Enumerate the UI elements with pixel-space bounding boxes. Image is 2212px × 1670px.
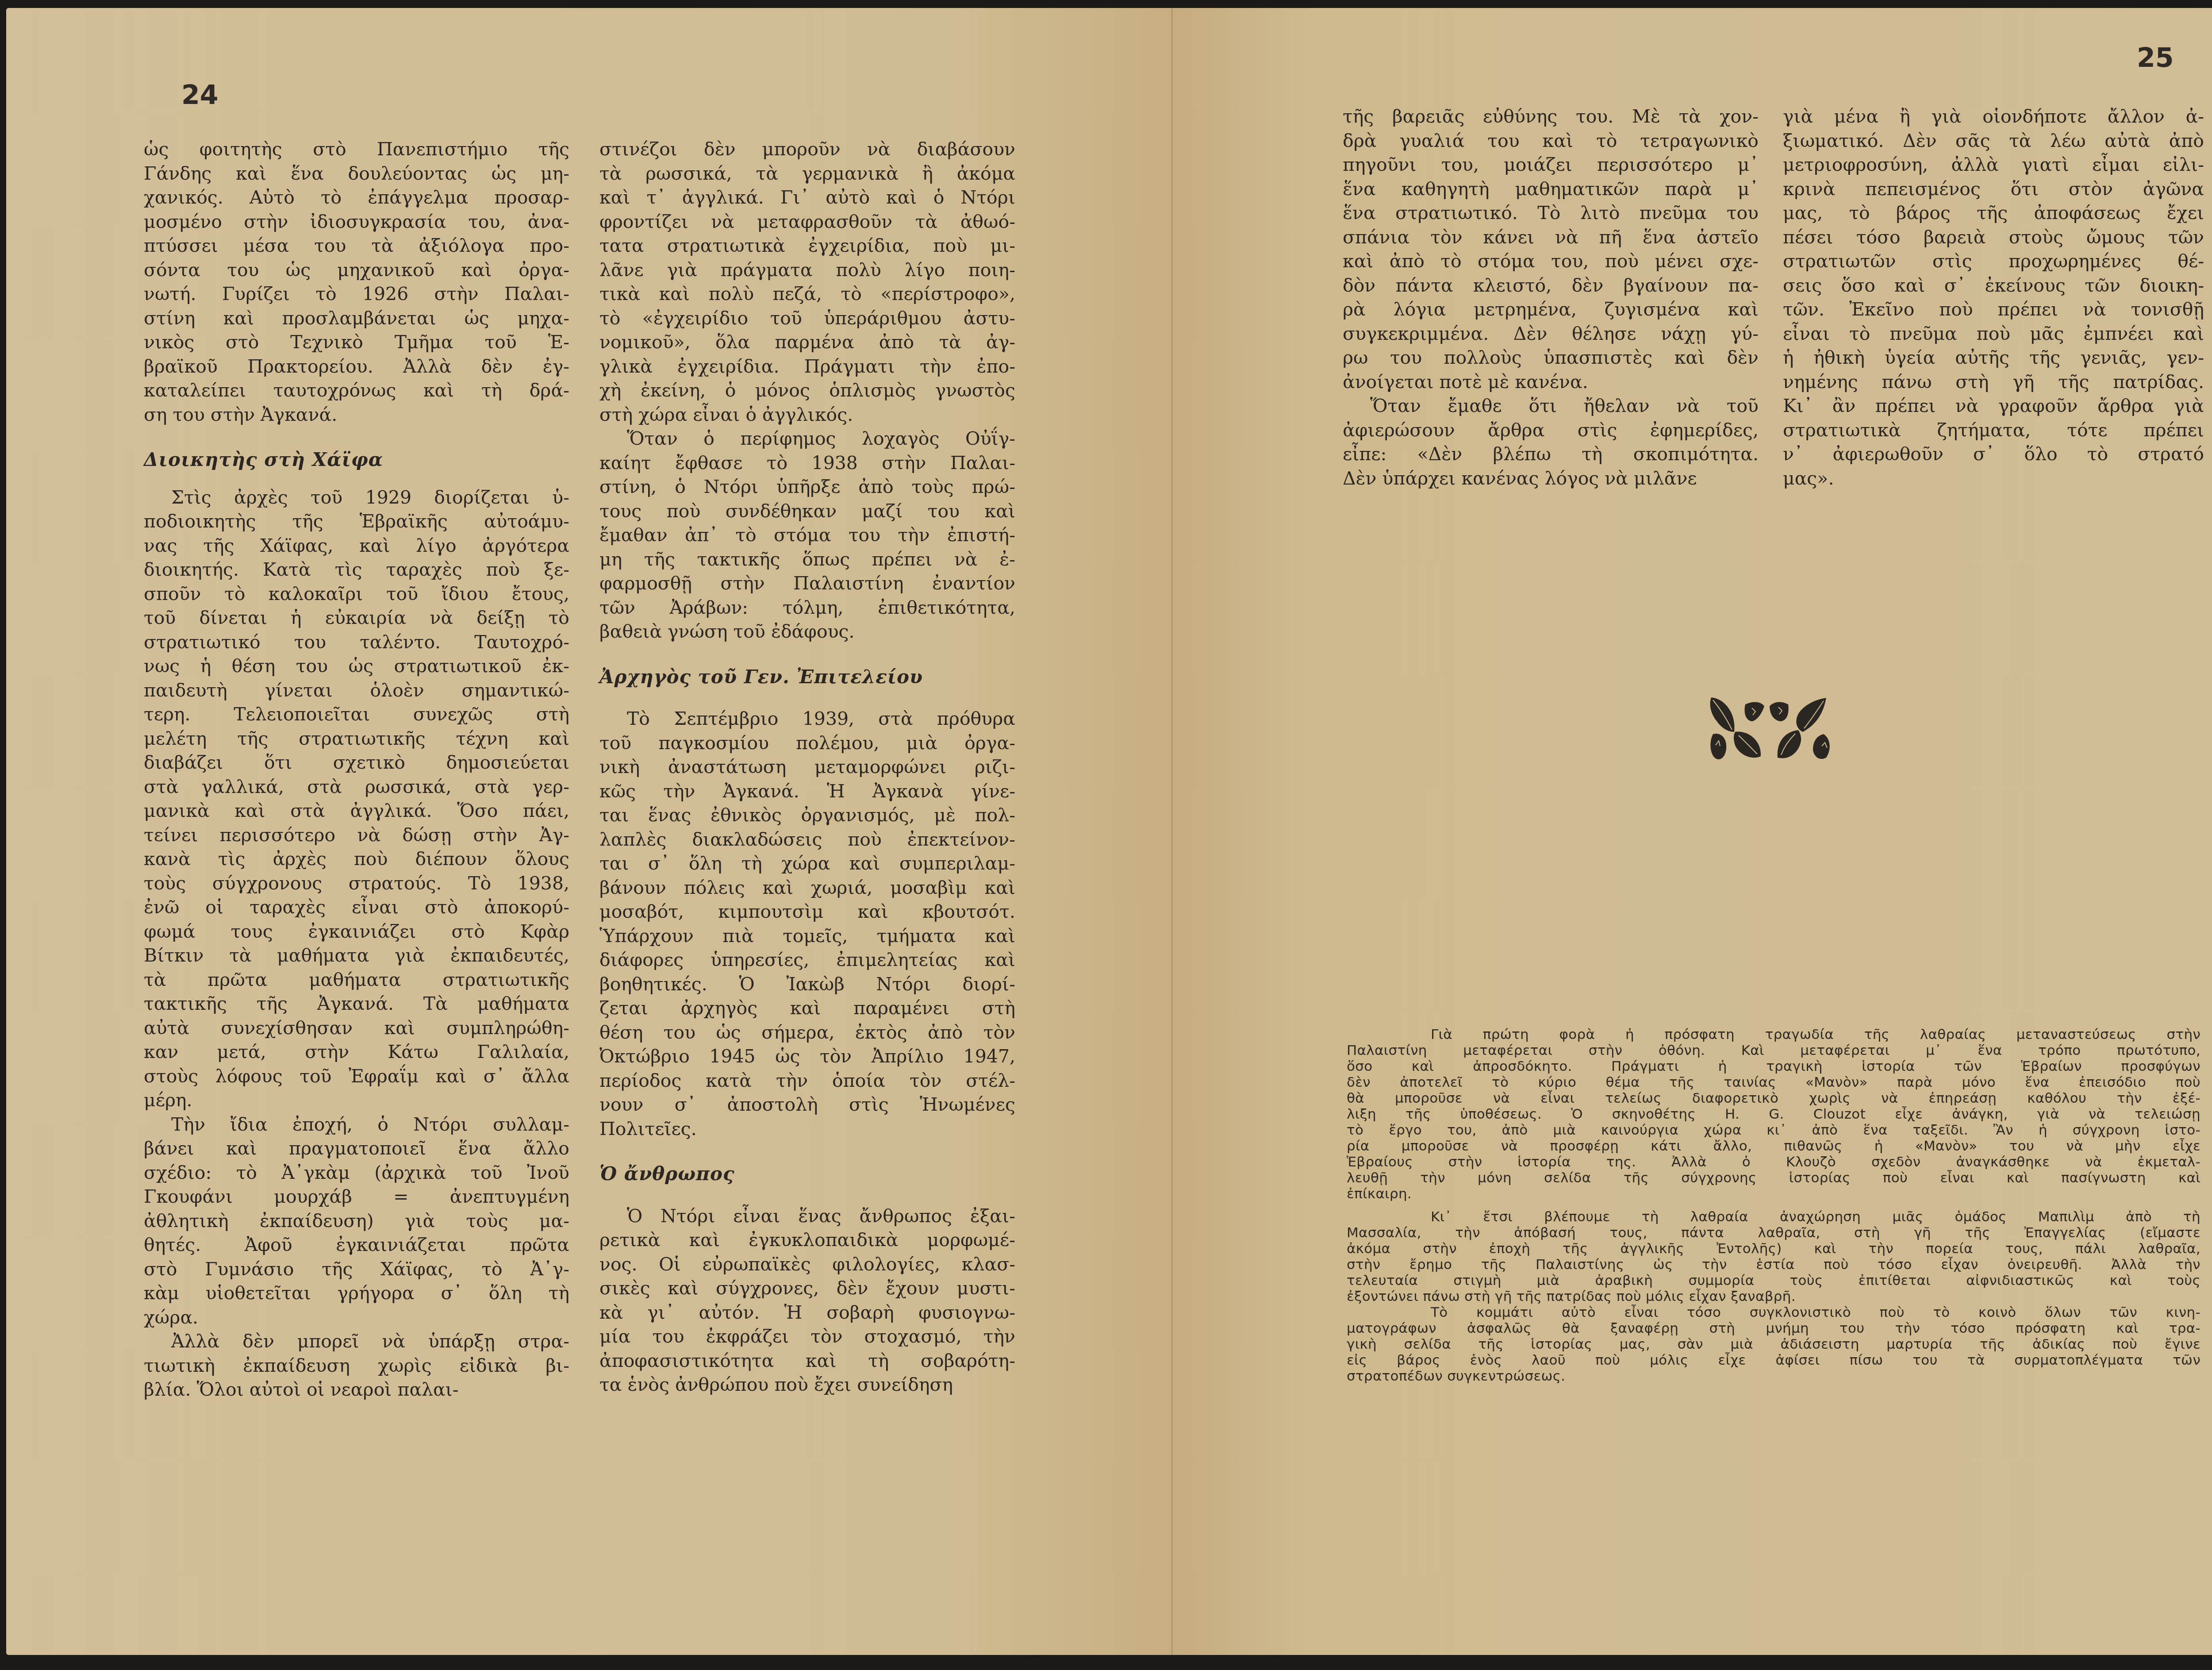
text-line: βοηθητικές. Ὁ Ἰακὼβ Ντόρι διορί- <box>599 972 1015 997</box>
text-line: διάφορες ὑπηρεσίες, ἐπιμελητείας καὶ <box>599 948 1015 972</box>
paragraph: Στὶς ἀρχὲς τοῦ 1929 διορίζεται ὑ-ποδιοικ… <box>144 485 569 1112</box>
text-line: τιωτικὴ ἐκπαίδευση χωρὶς εἰδικὰ βι- <box>144 1354 569 1378</box>
text-line: ρία μποροῦσε νὰ προσφέρῃ κάτι ἄλλο, πιθα… <box>1347 1138 2200 1154</box>
text-line: Μασσαλία, τὴν ἀπόβασή τους, πάντα λαθραῖ… <box>1347 1225 2200 1241</box>
text-line: κὰμ υἱοθετεῖται γρήγορα σ᾽ ὅλη τὴ <box>144 1281 569 1305</box>
text-line: ἕνα στρατιωτικό. Τὸ λιτὸ πνεῦμα του <box>1343 201 1759 225</box>
text-line: Πολιτεῖες. <box>599 1117 1015 1141</box>
section-heading: Ὁ ἄνθρωπος <box>599 1162 1015 1186</box>
text-line: κὰ γι᾽ αὐτόν. Ἡ σοβαρὴ φυσιογνω- <box>599 1301 1015 1325</box>
text-line: τὰ ρωσσικά, τὰ γερμανικὰ ἢ ἀκόμα <box>599 162 1015 186</box>
paragraph: Τὸ Σεπτέμβριο 1939, στὰ πρόθυρατοῦ παγκο… <box>599 707 1015 1141</box>
text-line: νος. Οἱ εὐρωπαϊκὲς φιλολογίες, κλασ- <box>599 1252 1015 1277</box>
text-line: κῶς τὴν Ἀγκανά. Ἡ Ἀγκανὰ γίνε- <box>599 779 1015 804</box>
text-line: κανὰ τὶς ἀρχὲς ποὺ διέπουν ὅλους <box>144 847 569 871</box>
text-line: ἕνα καθηγητὴ μαθηματικῶν παρὰ μ᾽ <box>1343 177 1759 201</box>
text-line: φροντίζει νὰ μεταφρασθοῦν τὰ ἀθωό- <box>599 210 1015 234</box>
text-line: καταλείπει ταυτοχρόνως καὶ τὴ δρά- <box>144 378 569 403</box>
text-line: σχέδιο: τὸ Ἀ᾽γκὰμ (ἀρχικὰ τοῦ Ἰνοῦ <box>144 1161 569 1185</box>
text-line: τακτικῆς τῆς Ἀγκανά. Τὰ μαθήματα <box>144 992 569 1016</box>
text-line: θέση του ὡς σήμερα, ἐκτὸς ἀπὸ τὸν <box>599 1020 1015 1045</box>
text-line: δὸν πάντα κλειστό, δὲν βγαίνουν πα- <box>1343 273 1759 298</box>
text-line: στρατιωτῶν στὶς προχωρημένες θέ- <box>1783 249 2204 273</box>
text-line: μοσαβότ, κιμπουτσὶμ καὶ κβουτσότ. <box>599 900 1015 924</box>
text-line: καὶ τ᾽ ἀγγλικά. Γι᾽ αὐτὸ καὶ ὁ Ντόρι <box>599 185 1015 210</box>
right-page-column-2: γιὰ μένα ἢ γιὰ οἱονδήποτε ἄλλον ἀ-ξιωματ… <box>1783 104 2204 490</box>
text-line: σεις ὅσο καὶ σ᾽ ἐκείνους τῶν διοικη- <box>1783 273 2204 298</box>
text-line: ἐνῶ οἱ ταραχὲς εἶναι στὸ ἀποκορύ- <box>144 895 569 920</box>
text-line: ἔμαθαν ἀπ᾽ τὸ στόμα του τὴν ἐπιστή- <box>599 523 1015 547</box>
text-line: Ἀλλὰ δὲν μπορεῖ νὰ ὑπάρξῃ στρα- <box>144 1329 569 1354</box>
book-spread: 24 ὡς φοιτητὴς στὸ Πανεπιστήμιο τῆςΓάνδη… <box>6 8 2212 1655</box>
text-line: βάνει καὶ πραγματοποιεῖ ἕνα ἄλλο <box>144 1136 569 1161</box>
text-line: λαπλὲς διακλαδώσεις ποὺ ἐπεκτείνον- <box>599 827 1015 852</box>
text-line: βάνουν πόλεις καὶ χωριά, μοσαβὶμ καὶ <box>599 876 1015 900</box>
leaf-ornament-icon <box>1708 696 1840 765</box>
text-line: ἀθλητικὴ ἐκπαίδευση) γιὰ τοὺς μα- <box>144 1209 569 1233</box>
text-line: νας τῆς Χάϊφας, καὶ λίγο ἀργότερα <box>144 534 569 558</box>
text-line: τελευταία στιγμὴ μιὰ ἀραβικὴ συμμορία το… <box>1347 1273 2200 1289</box>
text-line: ὅσο καὶ ἀπροσδόκητο. Πράγματι ἡ τραγικὴ … <box>1347 1058 2200 1074</box>
text-line: Τὴν ἴδια ἐποχή, ὁ Ντόρι συλλαμ- <box>144 1112 569 1137</box>
text-line: μοσμένο στὴν ἰδιοσυγκρασία του, ἀνα- <box>144 210 569 234</box>
text-line: Ἑβραίους στὴν ἱστορία της. Ἀλλὰ ὁ Κλουζὸ… <box>1347 1154 2200 1170</box>
text-line: παιδευτὴ γίνεται ὁλοὲν σημαντικώ- <box>144 678 569 703</box>
text-line: νως ἡ θέση του ὡς στρατιωτικοῦ ἐκ- <box>144 654 569 678</box>
text-line: γιὰ μένα ἢ γιὰ οἱονδήποτε ἄλλον ἀ- <box>1783 104 2204 129</box>
text-line: Ὀκτώβριο 1945 ὡς τὸν Ἀπρίλιο 1947, <box>599 1044 1015 1069</box>
text-line: νημένης πάνω στὴ γῆ τῆς πατρίδας. <box>1783 370 2204 394</box>
text-line: σόντα του ὡς μηχανικοῦ καὶ ὀργα- <box>144 258 569 282</box>
text-line: τατα στρατιωτικὰ ἐγχειρίδια, ποὺ μι- <box>599 234 1015 258</box>
text-line: ἀκόμα στὴν ἐποχὴ τῆς ἀγγλικῆς Ἐντολῆς) κ… <box>1347 1241 2200 1257</box>
text-line: ματογράφων ἀσφαλῶς θὰ ξαναφέρῃ στὴ μνήμη… <box>1347 1320 2200 1336</box>
paragraph: Τὴν ἴδια ἐποχή, ὁ Ντόρι συλλαμ-βάνει καὶ… <box>144 1112 569 1330</box>
text-line: θὰ μποροῦσε νὰ εἶναι τελείως διαφορετικὸ… <box>1347 1090 2200 1106</box>
text-line: βλία. Ὅλοι αὐτοὶ οἱ νεαροὶ παλαι- <box>144 1378 569 1402</box>
text-line: Ὑπάρχουν πιὰ τομεῖς, τμήματα καὶ <box>599 924 1015 948</box>
text-line: ται ἕνας ἐθνικὸς ὀργανισμός, μὲ πολ- <box>599 803 1015 827</box>
left-page-column-1: ὡς φοιτητὴς στὸ Πανεπιστήμιο τῆςΓάνδης κ… <box>144 137 569 1402</box>
text-line: πτύσσει μέσα του τὰ ἀξιόλογα προ- <box>144 234 569 258</box>
paragraph: Ὅταν ὁ περίφημος λοχαγὸς Οὐΐγ-καίητ ἔφθα… <box>599 427 1015 644</box>
left-page: 24 ὡς φοιτητὴς στὸ Πανεπιστήμιο τῆςΓάνδη… <box>6 8 1172 1655</box>
text-line: ἀφιερώσουν ἄρθρα στὶς ἐφημερίδες, <box>1343 418 1759 443</box>
text-line: δρὰ γυαλιά του καὶ τὸ τετραγωνικὸ <box>1343 129 1759 153</box>
text-line: τοῦ δίνεται ἡ εὐκαιρία νὰ δείξῃ τὸ <box>144 606 569 630</box>
text-line: διαβάζει ὅτι σχετικὸ δημοσιεύεται <box>144 750 569 775</box>
text-line: στίνη καὶ προσλαμβάνεται ὡς μηχα- <box>144 306 569 331</box>
paragraph: Ἀλλὰ δὲν μπορεῖ νὰ ὑπάρξῃ στρα-τιωτικὴ ἐ… <box>144 1329 569 1402</box>
text-line: τοὺς σύγχρονους στρατούς. Τὸ 1938, <box>144 871 569 896</box>
text-line: ται σ᾽ ὅλη τὴ χώρα καὶ συμπεριλαμ- <box>599 851 1015 876</box>
text-line: νικὴ ἀναστάτωση μεταμορφώνει ριζι- <box>599 755 1015 779</box>
text-line: μας, τὸ βάρος τῆς ἀποφάσεως ἔχει <box>1783 201 2204 225</box>
text-line: τὸ ἔργο του, ἀπὸ μιὰ καινούργια χώρα κι᾽… <box>1347 1122 2200 1138</box>
text-line: σποῦν τὸ καλοκαῖρι τοῦ ἴδιου ἔτους, <box>144 582 569 606</box>
text-line: στινέζοι δὲν μποροῦν νὰ διαβάσουν <box>599 137 1015 162</box>
text-line: τῆς βαρειᾶς εὐθύνης του. Μὲ τὰ χον- <box>1343 104 1759 129</box>
text-line: φωμά τους ἐγκαινιάζει στὸ Κφὰρ <box>144 920 569 944</box>
text-line: στὰ γαλλικά, στὰ ρωσσικά, στὰ γερ- <box>144 775 569 799</box>
text-line: γικὴ σελίδα τῆς ἱστορίας μας, σὰν μιὰ ἀδ… <box>1347 1336 2200 1352</box>
text-line: θητές. Ἀφοῦ ἐγκαινιάζεται πρῶτα <box>144 1233 569 1257</box>
text-line: Κι᾽ ἔτσι βλέπουμε τὴ λαθραία ἀναχώρηση μ… <box>1347 1209 2200 1225</box>
text-line: νικὸς στὸ Τεχνικὸ Τμῆμα τοῦ Ἑ- <box>144 330 569 354</box>
film-caption: Γιὰ πρώτη φορὰ ἡ πρόσφατη τραγωδία τῆς λ… <box>1347 1027 2200 1384</box>
paragraph: γιὰ μένα ἢ γιὰ οἱονδήποτε ἄλλον ἀ-ξιωματ… <box>1783 104 2204 490</box>
text-line: στρατοπέδων συγκεντρώσεως. <box>1347 1368 2200 1384</box>
paragraph: ὡς φοιτητὴς στὸ Πανεπιστήμιο τῆςΓάνδης κ… <box>144 137 569 427</box>
text-line: στοὺς λόφους τοῦ Ἐφραΐμ καὶ σ᾽ ἄλλα <box>144 1064 569 1089</box>
text-line: ρω του πολλοὺς ὑπασπιστὲς καὶ δὲν <box>1343 346 1759 370</box>
text-line: εἶπε: «Δὲν βλέπω τὴ σκοπιμότητα. <box>1343 442 1759 466</box>
paragraph: Ὅταν ἔμαθε ὅτι ἤθελαν νὰ τοῦἀφιερώσουν ἄ… <box>1343 394 1759 490</box>
text-line: δὲν ἀποτελεῖ τὸ κύριο θέμα τῆς ταινίας «… <box>1347 1074 2200 1090</box>
text-line: βραϊκοῦ Πρακτορείου. Ἀλλὰ δὲν ἐγ- <box>144 354 569 379</box>
text-line: χὴ ἐκείνη, ὁ μόνος ὁπλισμὸς γνωστὸς <box>599 378 1015 403</box>
text-line: αὐτὰ συνεχίσθησαν καὶ συμπληρώθη- <box>144 1016 569 1040</box>
text-line: καίητ ἔφθασε τὸ 1938 στὴν Παλαι- <box>599 451 1015 475</box>
text-line: ρὰ λόγια μετρημένα, ζυγισμένα καὶ <box>1343 297 1759 322</box>
text-line: πέσει τόσο βαρειὰ στοὺς ὤμους τῶν <box>1783 225 2204 250</box>
text-line: ὡς φοιτητὴς στὸ Πανεπιστήμιο τῆς <box>144 137 569 162</box>
caption-paragraph: Γιὰ πρώτη φορὰ ἡ πρόσφατη τραγωδία τῆς λ… <box>1347 1027 2200 1202</box>
text-line: ἡ ἠθικὴ ὑγεία αὐτῆς τῆς γενιᾶς, γεν- <box>1783 346 2204 370</box>
text-line: Ὁ Ντόρι εἶναι ἕνας ἄνθρωπος ἐξαι- <box>599 1204 1015 1228</box>
text-line: νουν σ᾽ ἀποστολὴ στὶς Ἡνωμένες <box>599 1093 1015 1117</box>
text-line: Γιὰ πρώτη φορὰ ἡ πρόσφατη τραγωδία τῆς λ… <box>1347 1027 2200 1043</box>
text-line: ρετικὰ καὶ ἐγκυκλοπαιδικὰ μορφωμέ- <box>599 1228 1015 1252</box>
text-line: Γάνδης καὶ ἕνα δουλεύοντας ὡς μη- <box>144 162 569 186</box>
text-line: μας». <box>1783 466 2204 491</box>
text-line: Παλαιστίνη μεταφέρεται στὴν ὀθόνη. Καὶ μ… <box>1347 1043 2200 1058</box>
text-line: στὴν ἔρημο τῆς Παλαιστίνης ὡς τὴν ἑστία … <box>1347 1257 2200 1273</box>
text-line: στίνη, ὁ Ντόρι ὑπῆρξε ἀπὸ τοὺς πρώ- <box>599 475 1015 499</box>
text-line: λιξη τῆς ὑποθέσεως. Ὁ σκηνοθέτης H. G. C… <box>1347 1106 2200 1122</box>
text-line: Στὶς ἀρχὲς τοῦ 1929 διορίζεται ὑ- <box>144 485 569 510</box>
paragraph: Ὁ Ντόρι εἶναι ἕνας ἄνθρωπος ἐξαι-ρετικὰ … <box>599 1204 1015 1397</box>
right-page: 25 τῆς βαρειᾶς εὐθύνης του. Μὲ τὰ χον-δρ… <box>1172 8 2212 1655</box>
text-line: Ὅταν ὁ περίφημος λοχαγὸς Οὐΐγ- <box>599 427 1015 451</box>
text-line: περίοδος κατὰ τὴν ὁποία τὸν στέλ- <box>599 1069 1015 1093</box>
text-line: βαθειὰ γνώση τοῦ ἐδάφους. <box>599 620 1015 644</box>
text-line: μη τῆς τακτικῆς ὅπως πρέπει νὰ ἐ- <box>599 547 1015 572</box>
text-line: λευθῇ τὴν μόνη σελίδα τῆς σύγχρονης ἱστο… <box>1347 1170 2200 1186</box>
text-line: σικὲς καὶ σύγχρονες, δὲν ἔχουν μυστι- <box>599 1276 1015 1301</box>
text-line: τα ἑνὸς ἀνθρώπου ποὺ ἔχει συνείδηση <box>599 1373 1015 1397</box>
section-heading: Διοικητὴς στὴ Χάϊφα <box>144 448 569 472</box>
text-line: φαρμοσθῇ στὴν Παλαιστίνη ἐναντίον <box>599 571 1015 596</box>
text-line: σπάνια τὸν κάνει νὰ πῆ ἕνα ἀστεῖο <box>1343 225 1759 250</box>
text-line: Γκουφάνι μουρχάβ = ἀνεπτυγμένη <box>144 1185 569 1209</box>
text-line: Τὸ Σεπτέμβριο 1939, στὰ πρόθυρα <box>599 707 1015 731</box>
caption-paragraph: Τὸ κομμάτι αὐτὸ εἶναι τόσο συγκλονιστικὸ… <box>1347 1304 2200 1384</box>
text-line: τῶν. Ἐκεῖνο ποὺ πρέπει νὰ τονισθῇ <box>1783 297 2204 322</box>
text-line: χανικός. Αὐτὸ τὸ ἐπάγγελμα προσαρ- <box>144 185 569 210</box>
text-line: μετριοφροσύνη, ἀλλὰ γιατὶ εἶμαι εἰλι- <box>1783 153 2204 177</box>
paragraph: τῆς βαρειᾶς εὐθύνης του. Μὲ τὰ χον-δρὰ γ… <box>1343 104 1759 394</box>
text-line: Βίτκιν τὰ μαθήματα γιὰ ἐκπαιδευτές, <box>144 943 569 968</box>
text-line: νωτή. Γυρίζει τὸ 1926 στὴν Παλαι- <box>144 282 569 306</box>
text-line: τείνει περισσότερο νὰ δώσῃ στὴν Ἀγ- <box>144 823 569 847</box>
text-line: ποδιοικητὴς τῆς Ἑβραϊκῆς αὐτοάμυ- <box>144 509 569 534</box>
text-line: διοικητής. Κατὰ τὶς ταραχὲς ποὺ ξε- <box>144 558 569 582</box>
right-page-column-1: τῆς βαρειᾶς εὐθύνης του. Μὲ τὰ χον-δρὰ γ… <box>1343 104 1759 490</box>
text-line: μελέτη τῆς στρατιωτικῆς τέχνη καὶ <box>144 727 569 751</box>
text-line: ν᾽ ἀφιερωθοῦν σ᾽ ὅλο τὸ στρατό <box>1783 442 2204 466</box>
text-line: τὸ «ἐγχειρίδιο τοῦ ὑπεράριθμου ἀστυ- <box>599 306 1015 331</box>
text-line: Τὸ κομμάτι αὐτὸ εἶναι τόσο συγκλονιστικὸ… <box>1347 1304 2200 1320</box>
text-line: στὸ Γυμνάσιο τῆς Χάϊφας, τὸ Ἀ᾽γ- <box>144 1257 569 1281</box>
text-line: μία του ἐκφράζει τὸν στοχασμό, τὴν <box>599 1324 1015 1349</box>
text-line: Κι᾽ ἂν πρέπει νὰ γραφοῦν ἄρθρα γιὰ <box>1783 394 2204 418</box>
text-line: ἀποφασιστικότητα καὶ τὴ σοβαρότη- <box>599 1349 1015 1373</box>
text-line: κρινὰ πεπεισμένος ὅτι στὸν ἀγῶνα <box>1783 177 2204 201</box>
text-line: καὶ ἀπὸ τὸ στόμα του, ποὺ μένει σχε- <box>1343 249 1759 273</box>
section-heading: Ἀρχηγὸς τοῦ Γεν. Ἐπιτελείου <box>599 665 1015 689</box>
text-line: τὰ πρῶτα μαθήματα στρατιωτικῆς <box>144 968 569 992</box>
left-page-column-2: στινέζοι δὲν μποροῦν νὰ διαβάσουντὰ ρωσσ… <box>599 137 1015 1397</box>
text-line: ση του στὴν Ἀγκανά. <box>144 403 569 427</box>
text-line: λᾶνε γιὰ πράγματα πολὺ λίγο ποιη- <box>599 258 1015 282</box>
text-line: στρατιωτικὰ ζητήματα, τότε πρέπει <box>1783 418 2204 443</box>
text-line: τερη. Τελειοποιεῖται συνεχῶς στὴ <box>144 702 569 727</box>
page-number-right: 25 <box>2137 42 2174 73</box>
text-line: μέρη. <box>144 1088 569 1112</box>
paragraph: στινέζοι δὲν μποροῦν νὰ διαβάσουντὰ ρωσσ… <box>599 137 1015 427</box>
text-line: χώρα. <box>144 1305 569 1330</box>
text-line: ἐπίκαιρη. <box>1347 1186 2200 1202</box>
text-line: γλικὰ ἐγχειρίδια. Πράγματι τὴν ἐπο- <box>599 354 1015 379</box>
text-line: ζεται ἀρχηγὸς καὶ παραμένει στὴ <box>599 996 1015 1020</box>
text-line: πηγοῦνι του, μοιάζει περισσότερο μ᾽ <box>1343 153 1759 177</box>
text-line: εἶναι τὸ πνεῦμα ποὺ μᾶς ἐμπνέει καὶ <box>1783 322 2204 346</box>
text-line: νομικοῦ», ὅλα παρμένα ἀπὸ τὰ ἀγ- <box>599 330 1015 354</box>
text-line: καν μετά, στὴν Κάτω Γαλιλαία, <box>144 1040 569 1064</box>
text-line: τους ποὺ συνδέθηκαν μαζί του καὶ <box>599 499 1015 523</box>
text-line: εἰς βάρος ἑνὸς λαοῦ ποὺ μόλις εἶχε ἀφίσε… <box>1347 1352 2200 1368</box>
text-line: Ὅταν ἔμαθε ὅτι ἤθελαν νὰ τοῦ <box>1343 394 1759 418</box>
text-line: Δὲν ὑπάρχει κανένας λόγος νὰ μιλᾶνε <box>1343 466 1759 491</box>
text-line: ἐξοντώνει πάνω στὴ γῆ τῆς πατρίδας ποὺ μ… <box>1347 1289 2200 1304</box>
text-line: στὴ χώρα εἶναι ὁ ἀγγλικός. <box>599 403 1015 427</box>
text-line: τοῦ παγκοσμίου πολέμου, μιὰ ὀργα- <box>599 731 1015 755</box>
text-line: μανικὰ καὶ στὰ ἀγγλικά. Ὅσο πάει, <box>144 799 569 823</box>
page-number-left: 24 <box>181 80 219 111</box>
text-line: τῶν Ἀράβων: τόλμη, ἐπιθετικότητα, <box>599 596 1015 620</box>
text-line: ἀνοίγεται ποτὲ μὲ κανένα. <box>1343 370 1759 394</box>
text-line: συγκεκριμμένα. Δὲν θέλησε νάχῃ γύ- <box>1343 322 1759 346</box>
caption-paragraph: Κι᾽ ἔτσι βλέπουμε τὴ λαθραία ἀναχώρηση μ… <box>1347 1209 2200 1304</box>
text-line: ξιωματικό. Δὲν σᾶς τὰ λέω αὐτὰ ἀπὸ <box>1783 129 2204 153</box>
text-line: στρατιωτικό του ταλέντο. Ταυτοχρό- <box>144 630 569 654</box>
text-line: τικὰ καὶ πολὺ πεζά, τὸ «περίστροφο», <box>599 282 1015 306</box>
